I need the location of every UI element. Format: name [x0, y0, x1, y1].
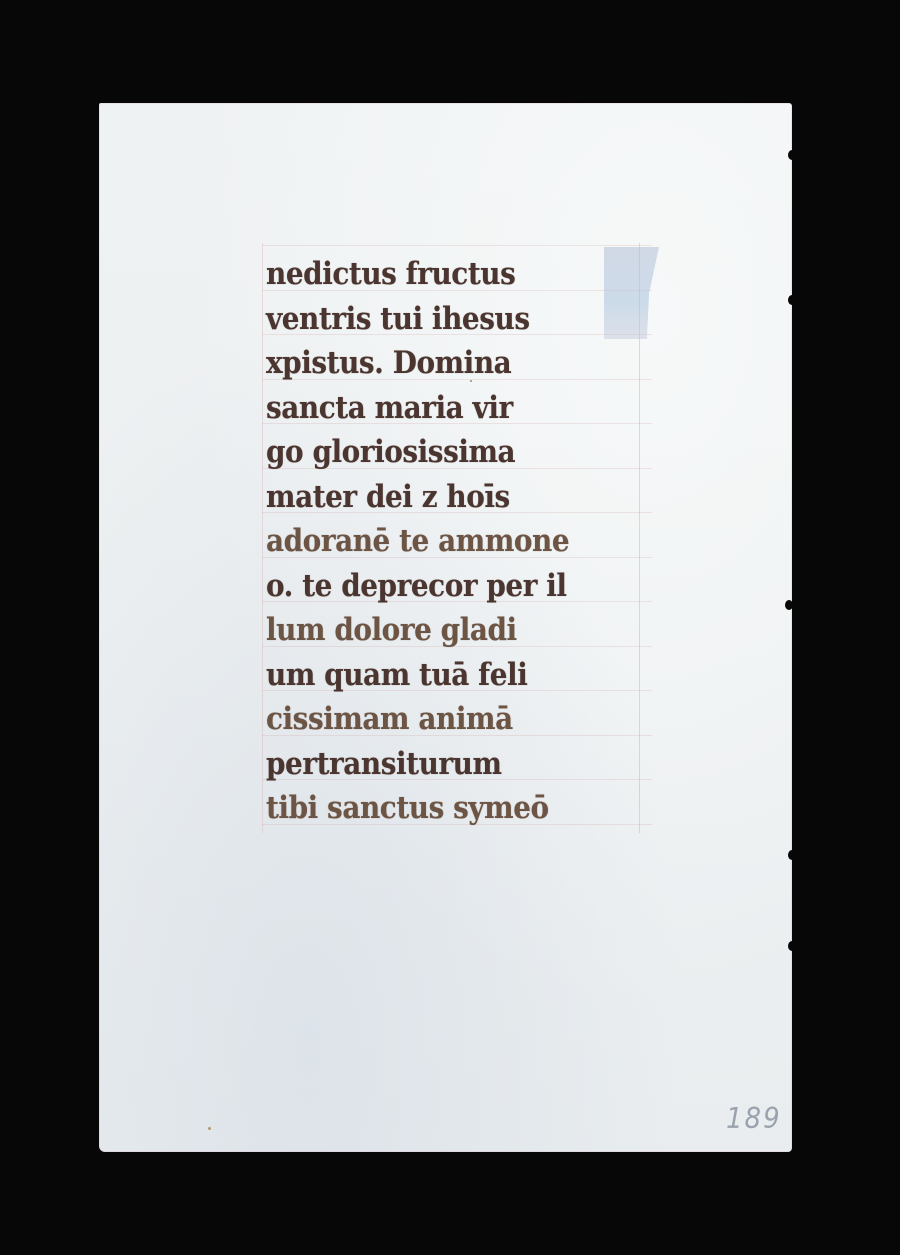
text-line: o. te deprecor per il	[266, 564, 608, 609]
text-line: xpistus. Domina	[266, 341, 608, 386]
parchment-speck	[208, 1127, 211, 1130]
manuscript-text: nedictus fructus ventris tui ihesus xpis…	[266, 252, 646, 831]
text-line: mater dei z hoīs	[266, 475, 608, 520]
binding-notch	[788, 295, 796, 305]
text-line: nedictus fructus	[266, 252, 608, 297]
text-line: sancta maria vir	[266, 386, 608, 431]
binding-notch	[785, 600, 793, 610]
parchment-speck	[470, 380, 472, 382]
text-line: adoranē te ammone	[266, 519, 608, 564]
text-line: cissimam animā	[266, 697, 608, 742]
folio-number: 189	[726, 1103, 782, 1136]
text-line: ventris tui ihesus	[266, 297, 608, 342]
binding-notch	[788, 941, 796, 951]
text-line: go gloriosissima	[266, 430, 608, 475]
binding-notch	[788, 150, 796, 160]
ruling-line	[262, 245, 652, 246]
text-line: um quam tuā feli	[266, 653, 608, 698]
binding-notch	[788, 850, 796, 860]
text-line: lum dolore gladi	[266, 608, 608, 653]
text-line: pertransiturum	[266, 742, 608, 787]
text-line: tibi sanctus symeō	[266, 786, 608, 831]
